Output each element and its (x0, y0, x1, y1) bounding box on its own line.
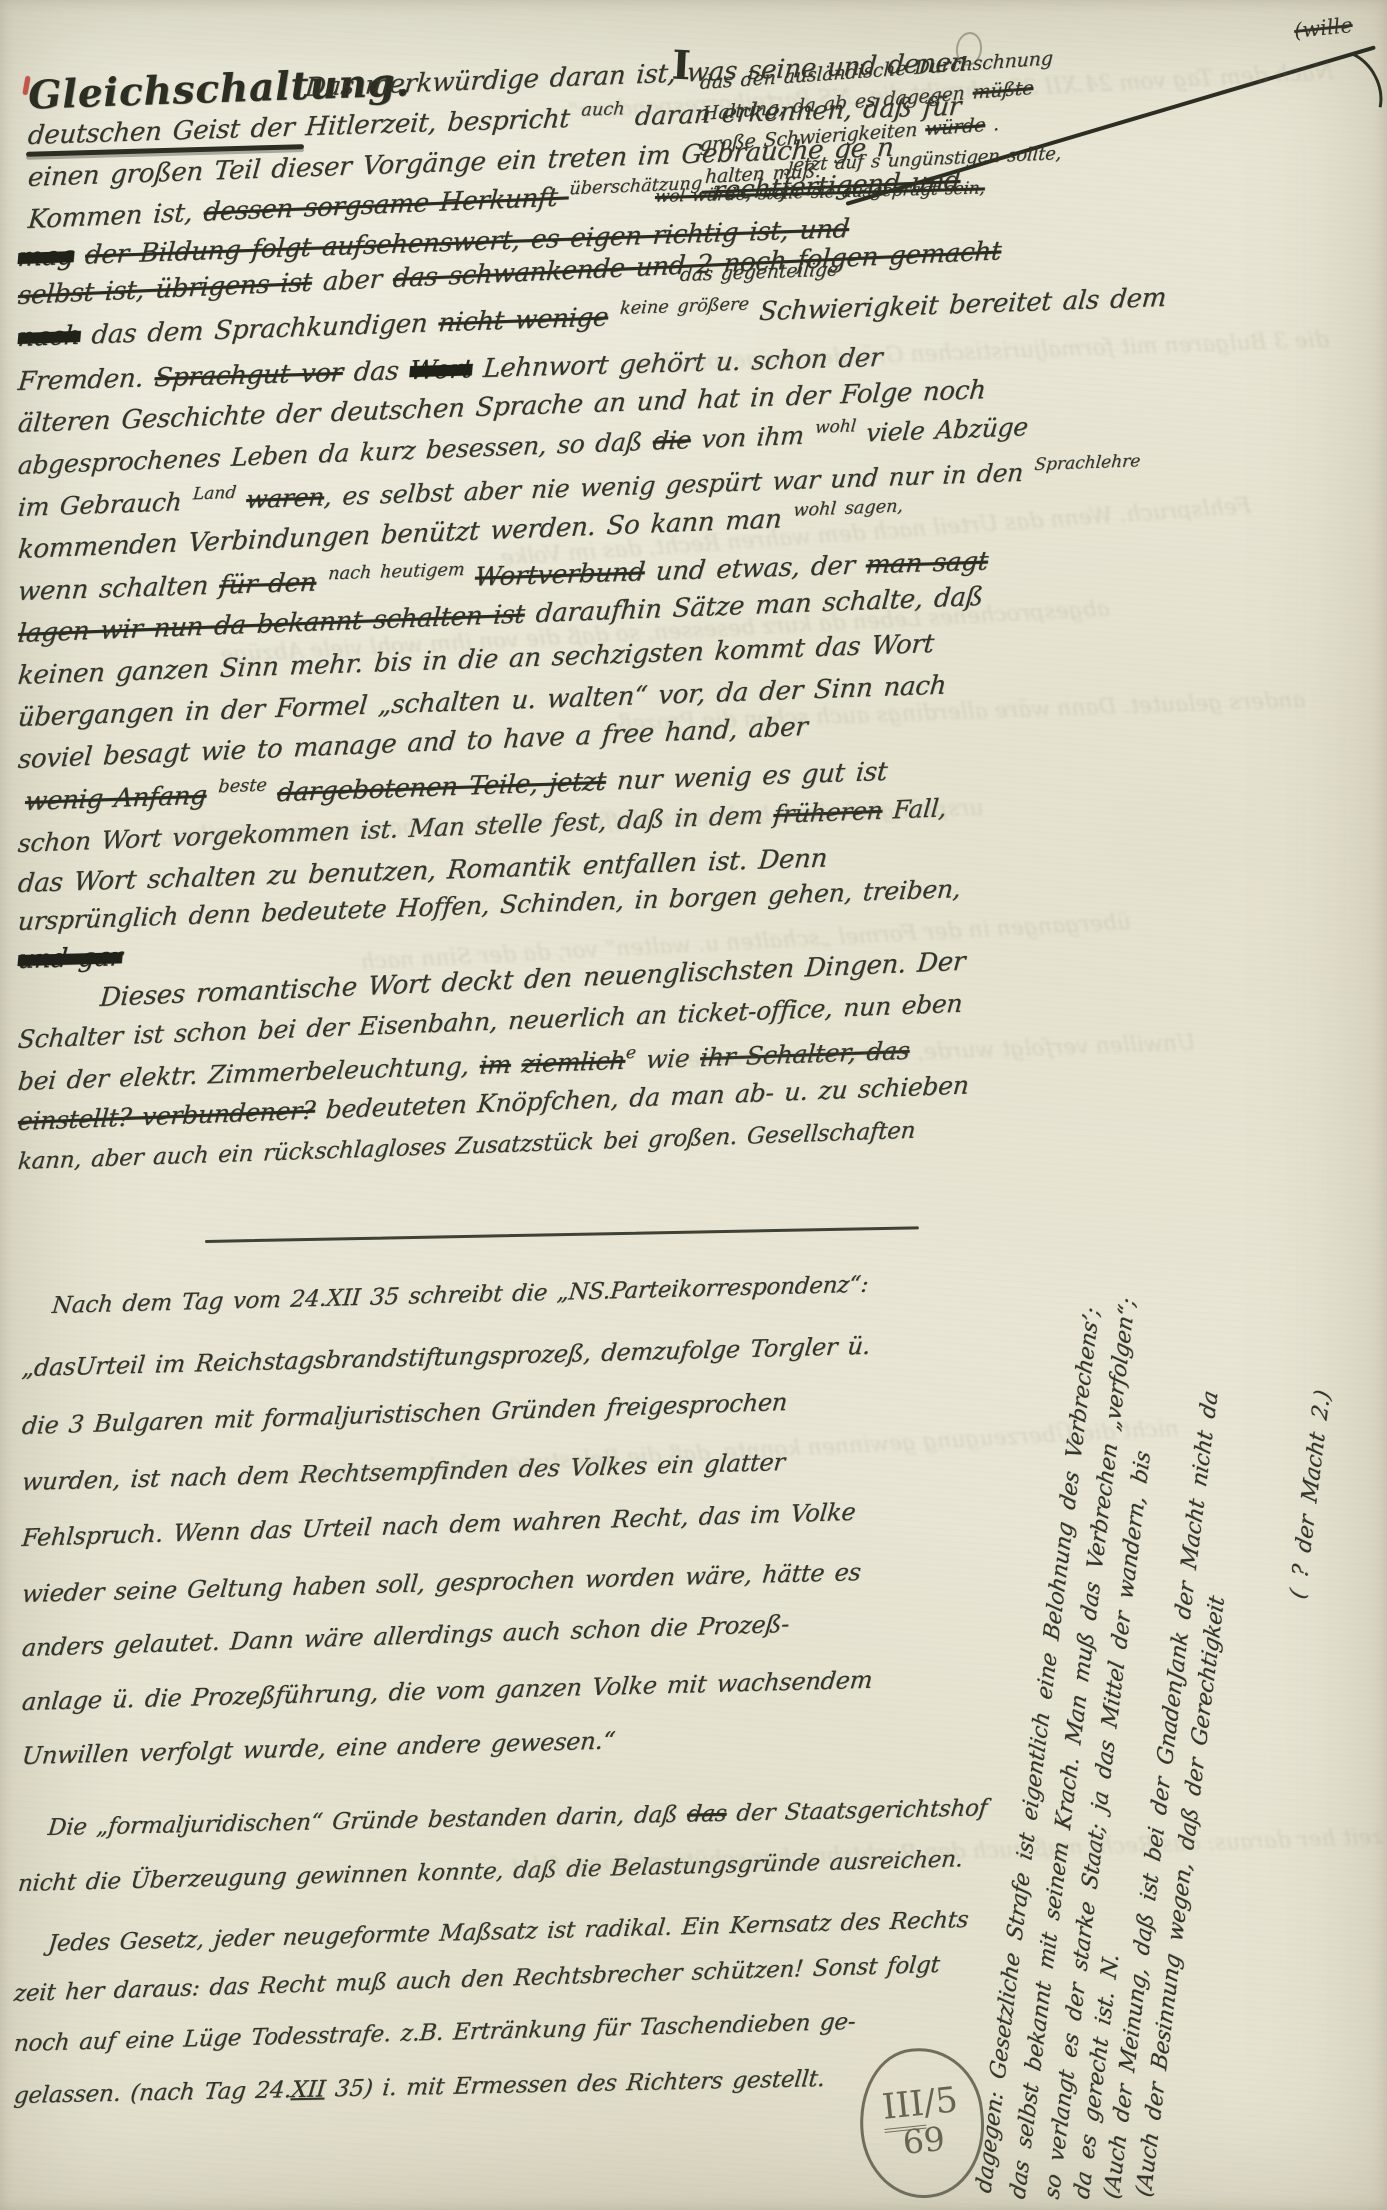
corner-crossout-curl (1300, 38, 1387, 142)
manuscript-page: Gleichschaltung. I (wille Das merkwürdig… (0, 0, 1387, 2210)
section-divider-line (205, 1226, 919, 1242)
corner-note: (wille (1293, 13, 1354, 43)
archive-stamp-signature: III/5 (881, 2083, 960, 2126)
handwriting-line: Fehlspruch. Wenn das Urteil nach dem wah… (21, 1498, 857, 1552)
handwriting-line: anlage ü. die Prozeßführung, die vom gan… (21, 1666, 874, 1716)
handwriting-line: Die „formaljuridischen“ Gründe bestanden… (47, 1795, 989, 1841)
handwriting-line: „dasUrteil im Reichstagsbrandstiftungspr… (21, 1332, 872, 1382)
handwriting-line: Nach dem Tag vom 24.XII 35 schreibt die … (51, 1271, 870, 1318)
handwriting-line: gelassen. (nach Tag 24.XII 35) i. mit Er… (13, 2066, 826, 2109)
archive-stamp-number: 69 (901, 2119, 947, 2161)
handwriting-line: die 3 Bulgaren mit formaljuristischen Gr… (21, 1388, 789, 1440)
handwriting-line: das gegenteilige (679, 258, 839, 286)
bleedthrough-line: die 3 Bulgaren mit formaljuristischen Gr… (630, 328, 1329, 377)
handwriting-line: ( ? der Macht 2.) (1286, 1387, 1336, 1601)
handwriting-line: Unwillen verfolgt wurde, eine andere gew… (21, 1726, 617, 1770)
handwriting-line: Jedes Gesetz, jeder neugeformte Maßsatz … (47, 1907, 970, 1957)
handwriting-line: noch auf eine Lüge Todesstrafe. z.B. Ert… (13, 2009, 857, 2057)
archive-stamp: III/5 69 (853, 2042, 992, 2204)
handwriting-line: anders gelautet. Dann wäre allerdings au… (21, 1610, 791, 1662)
handwriting-line: und gar (17, 942, 124, 975)
bleedthrough-line: Unwillen verfolgt wurde, eine andere gew… (655, 1031, 1196, 1075)
handwriting-line: wieder seine Geltung haben soll, gesproc… (21, 1558, 862, 1608)
handwriting-line: zeit her daraus: das Recht muß auch den … (13, 1952, 941, 2007)
